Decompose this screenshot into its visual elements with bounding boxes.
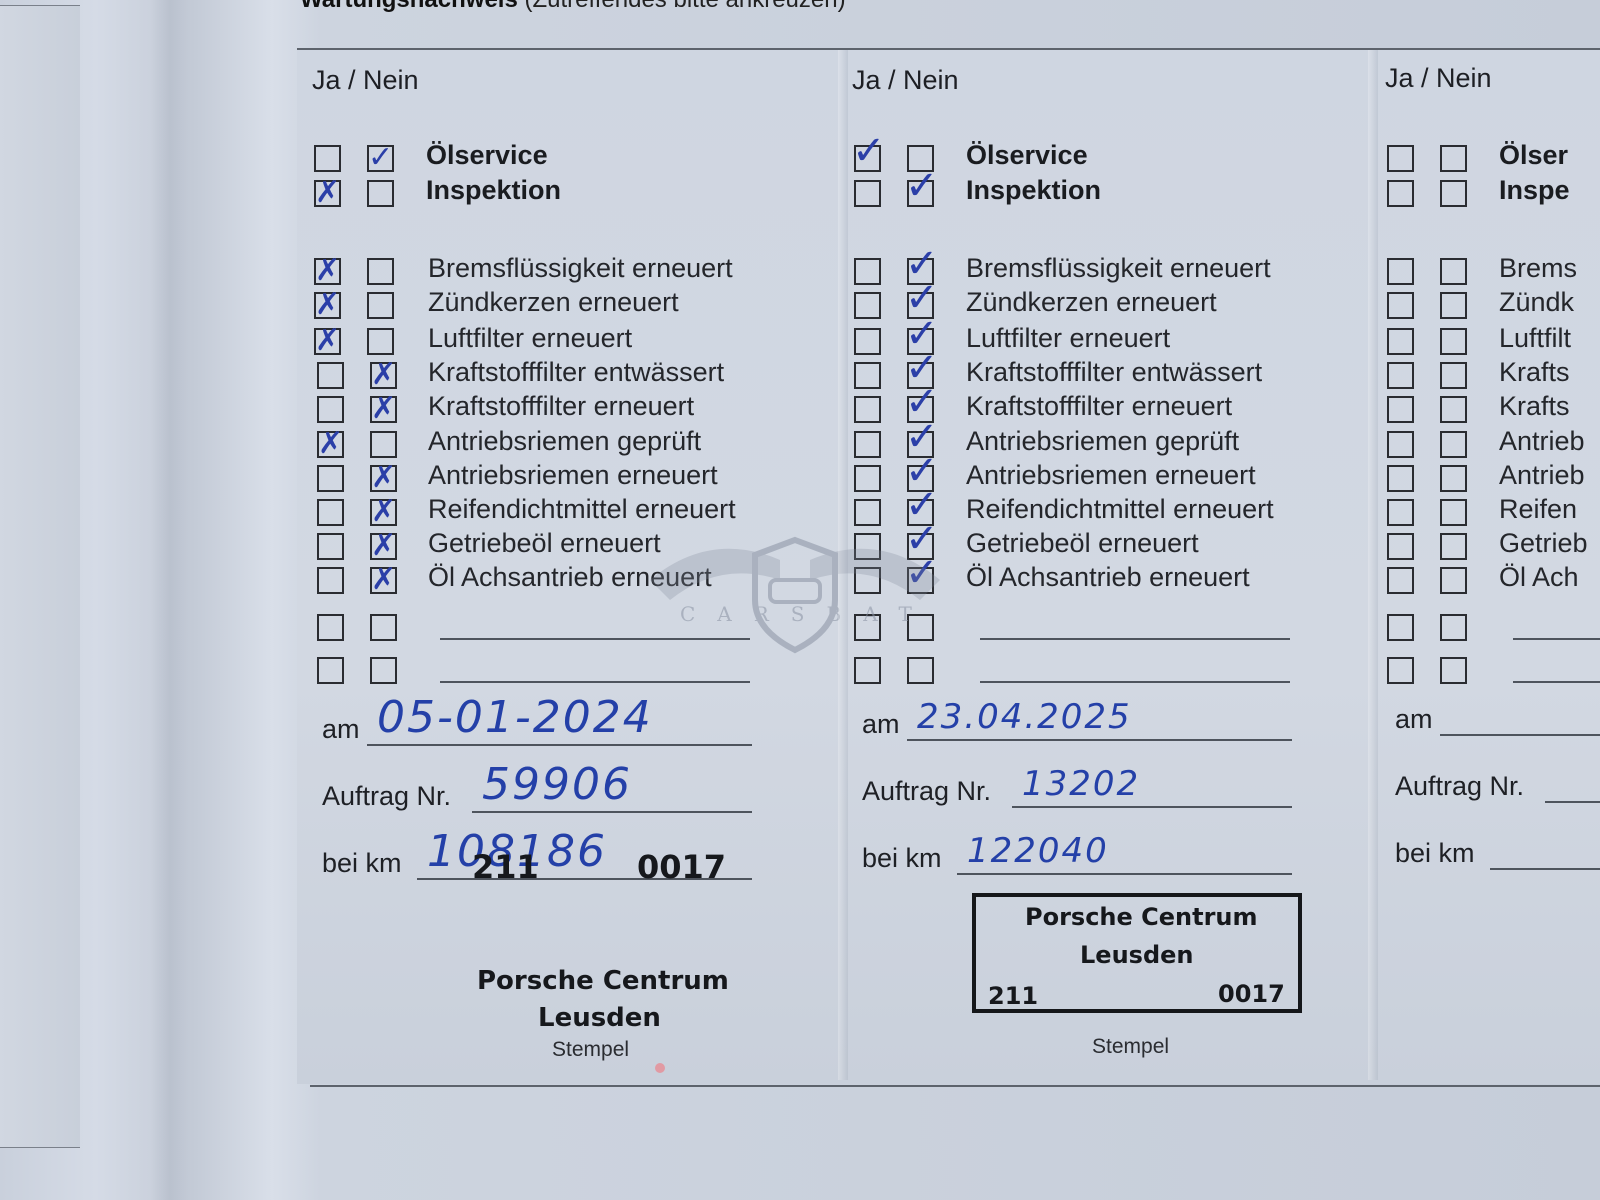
checkbox-nein[interactable] [907, 396, 934, 423]
checkbox-nein[interactable] [1440, 180, 1467, 207]
checkbox-nein[interactable] [1440, 396, 1467, 423]
stamp-code-left: 211 [988, 982, 1038, 1010]
checkbox-ja[interactable] [1387, 180, 1414, 207]
checkbox-ja[interactable] [314, 328, 341, 355]
checkbox-nein[interactable] [1440, 614, 1467, 641]
checkbox-ja[interactable] [1387, 431, 1414, 458]
order-number-field-handwritten-value: 13202 [1022, 764, 1140, 804]
mileage-field-label: bei km [862, 843, 942, 874]
checklist-label: Brems [1499, 253, 1577, 284]
date-field-handwritten-value: 05-01-2024 [377, 692, 653, 743]
checkbox-ja[interactable] [317, 431, 344, 458]
checkbox-nein[interactable] [1440, 258, 1467, 285]
stamp-dealer-location: Leusden [538, 1003, 661, 1033]
order-number-field-label: Auftrag Nr. [1395, 771, 1524, 802]
checkbox-nein[interactable] [907, 431, 934, 458]
checklist-label: Reifendichtmittel erneuert [966, 494, 1274, 525]
checklist-label: Ölservice [966, 140, 1088, 171]
form-bottom-rule [310, 1085, 1600, 1087]
checklist-label: Öl Achsantrieb erneuert [428, 562, 712, 593]
checkbox-nein[interactable] [370, 567, 397, 594]
checklist-label: Kraftstofffilter erneuert [966, 391, 1232, 422]
checkbox-ja[interactable] [317, 362, 344, 389]
checklist-label: Krafts [1499, 357, 1570, 388]
stamp-dealer-name: Porsche Centrum [477, 966, 729, 996]
stamp-dealer-location: Leusden [1080, 941, 1193, 969]
yes-no-header: Ja / Nein [1385, 63, 1492, 94]
checkbox-nein[interactable] [907, 258, 934, 285]
column-divider [1368, 50, 1378, 1080]
checkbox-ja[interactable] [854, 258, 881, 285]
checklist-label: Kraftstofffilter entwässert [966, 357, 1262, 388]
checkbox-nein[interactable] [1440, 431, 1467, 458]
mileage-field-label: bei km [1395, 838, 1475, 869]
checkbox-nein[interactable] [907, 614, 934, 641]
checklist-label: Antriebsriemen erneuert [428, 460, 718, 491]
checkbox-nein[interactable] [367, 180, 394, 207]
checkbox-ja[interactable] [317, 499, 344, 526]
date-field-label: am [1395, 704, 1433, 735]
checklist-label: Getriebeöl erneuert [428, 528, 661, 559]
checkbox-ja[interactable] [854, 533, 881, 560]
checklist-label: Bremsflüssigkeit erneuert [428, 253, 733, 284]
checkbox-nein[interactable] [367, 328, 394, 355]
checkbox-ja[interactable] [317, 465, 344, 492]
checkbox-nein[interactable] [367, 258, 394, 285]
date-field-line[interactable] [907, 739, 1292, 741]
checkbox-ja[interactable] [854, 362, 881, 389]
checkbox-ja[interactable] [854, 180, 881, 207]
checkbox-ja[interactable] [1387, 657, 1414, 684]
checkbox-nein[interactable] [907, 499, 934, 526]
checklist-label: Inspe [1499, 175, 1570, 206]
stamp-caption: Stempel [1092, 1035, 1169, 1059]
checklist-label: Antriebsriemen erneuert [966, 460, 1256, 491]
mileage-field-line[interactable] [957, 873, 1292, 875]
checkbox-nein[interactable] [907, 145, 934, 172]
blank-entry-line[interactable] [440, 681, 750, 683]
checklist-label: Antriebsriemen geprüft [966, 426, 1239, 457]
checklist-label: Ölservice [426, 140, 548, 171]
checkbox-ja[interactable] [854, 145, 881, 172]
checkbox-ja[interactable] [317, 657, 344, 684]
date-field-label: am [322, 714, 360, 745]
checkbox-ja[interactable] [1387, 396, 1414, 423]
checklist-label: Inspektion [966, 175, 1101, 206]
checkbox-ja[interactable] [1387, 499, 1414, 526]
yes-no-header: Ja / Nein [312, 65, 419, 96]
checkbox-nein[interactable] [370, 362, 397, 389]
checkbox-nein[interactable] [907, 328, 934, 355]
checklist-label: Reifen [1499, 494, 1577, 525]
form-title-note: (Zutreffendes bitte ankreuzen) [525, 0, 846, 13]
checkbox-nein[interactable] [1440, 465, 1467, 492]
checkbox-nein[interactable] [370, 396, 397, 423]
left-page-edge [0, 5, 80, 1148]
checklist-label: Kraftstofffilter entwässert [428, 357, 724, 388]
column-divider [838, 50, 848, 1080]
checklist-label: Zündk [1499, 287, 1574, 318]
checkbox-ja[interactable] [854, 465, 881, 492]
date-field-line[interactable] [1440, 734, 1600, 736]
checkbox-nein[interactable] [370, 533, 397, 560]
order-number-field-label: Auftrag Nr. [862, 776, 991, 807]
checkbox-nein[interactable] [370, 431, 397, 458]
checkbox-ja[interactable] [1387, 292, 1414, 319]
checkbox-ja[interactable] [854, 657, 881, 684]
checkbox-ja[interactable] [1387, 465, 1414, 492]
checkbox-nein[interactable] [367, 292, 394, 319]
checkbox-ja[interactable] [1387, 533, 1414, 560]
checkbox-ja[interactable] [854, 396, 881, 423]
date-field-handwritten-value: 23.04.2025 [917, 697, 1132, 737]
checkbox-nein[interactable] [1440, 533, 1467, 560]
order-number-field-line[interactable] [1012, 806, 1292, 808]
checklist-label: Luftfilter erneuert [428, 323, 632, 354]
checkbox-nein[interactable] [1440, 362, 1467, 389]
stamp-dealer-name: Porsche Centrum [1025, 903, 1258, 931]
checklist-label: Öl Achsantrieb erneuert [966, 562, 1250, 593]
checkbox-ja[interactable] [314, 145, 341, 172]
checkbox-nein[interactable] [907, 362, 934, 389]
checkbox-nein[interactable] [1440, 567, 1467, 594]
checkbox-ja[interactable] [854, 292, 881, 319]
mileage-field-label: bei km [322, 848, 402, 879]
checklist-label: Luftfilter erneuert [966, 323, 1170, 354]
checkbox-nein[interactable] [907, 180, 934, 207]
checklist-label: Krafts [1499, 391, 1570, 422]
order-number-field-line[interactable] [1545, 801, 1600, 803]
checkbox-nein[interactable] [367, 145, 394, 172]
checkbox-nein[interactable] [1440, 292, 1467, 319]
checkbox-ja[interactable] [314, 258, 341, 285]
stamp-caption: Stempel [552, 1038, 629, 1062]
stamp-code-right: 0017 [1218, 980, 1285, 1008]
checkbox-nein[interactable] [907, 465, 934, 492]
checkbox-ja[interactable] [1387, 328, 1414, 355]
order-number-field-line[interactable] [472, 811, 752, 813]
red-dot [655, 1063, 665, 1073]
checkbox-ja[interactable] [1387, 258, 1414, 285]
checkbox-ja[interactable] [1387, 614, 1414, 641]
checkbox-ja[interactable] [317, 567, 344, 594]
checkbox-ja[interactable] [854, 567, 881, 594]
checkbox-nein[interactable] [907, 657, 934, 684]
blank-entry-line[interactable] [980, 681, 1290, 683]
order-number-field-handwritten-value: 59906 [482, 759, 632, 810]
checklist-label: Getriebeöl erneuert [966, 528, 1199, 559]
stamp-code-right: 0017 [637, 848, 726, 886]
checkbox-nein[interactable] [907, 567, 934, 594]
checklist-label: Antriebsriemen geprüft [428, 426, 701, 457]
form-title: Wartungsnachweis (Zutreffendes bitte ank… [300, 0, 846, 14]
checkbox-nein[interactable] [907, 533, 934, 560]
checkbox-nein[interactable] [1440, 657, 1467, 684]
checkbox-ja[interactable] [1387, 145, 1414, 172]
checkbox-nein[interactable] [1440, 328, 1467, 355]
checkbox-nein[interactable] [1440, 499, 1467, 526]
checkbox-ja[interactable] [854, 431, 881, 458]
checkbox-nein[interactable] [1440, 145, 1467, 172]
checkbox-nein[interactable] [370, 657, 397, 684]
stamp-code-left: 211 [472, 848, 539, 886]
checkbox-ja[interactable] [854, 499, 881, 526]
checkbox-ja[interactable] [1387, 567, 1414, 594]
checklist-label: Reifendichtmittel erneuert [428, 494, 736, 525]
checkbox-ja[interactable] [314, 292, 341, 319]
checkbox-ja[interactable] [1387, 362, 1414, 389]
date-field-line[interactable] [367, 744, 752, 746]
checklist-label: Getrieb [1499, 528, 1588, 559]
blank-entry-line[interactable] [1513, 681, 1600, 683]
checklist-label: Bremsflüssigkeit erneuert [966, 253, 1271, 284]
checklist-label: Zündkerzen erneuert [966, 287, 1217, 318]
checklist-label: Ölser [1499, 140, 1568, 171]
checklist-label: Zündkerzen erneuert [428, 287, 679, 318]
checklist-label: Kraftstofffilter erneuert [428, 391, 694, 422]
checklist-label: Öl Ach [1499, 562, 1579, 593]
checkbox-ja[interactable] [854, 614, 881, 641]
checkbox-nein[interactable] [370, 614, 397, 641]
checkbox-nein[interactable] [907, 292, 934, 319]
blank-entry-line[interactable] [980, 638, 1290, 640]
checklist-label: Inspektion [426, 175, 561, 206]
yes-no-header: Ja / Nein [852, 65, 959, 96]
checkbox-ja[interactable] [854, 328, 881, 355]
checkbox-ja[interactable] [317, 614, 344, 641]
form-title-bold: Wartungsnachweis [300, 0, 518, 13]
checklist-label: Luftfilt [1499, 323, 1571, 354]
blank-entry-line[interactable] [1513, 638, 1600, 640]
checkbox-ja[interactable] [314, 180, 341, 207]
page-fold-shadow [150, 0, 190, 1200]
checklist-label: Antrieb [1499, 426, 1585, 457]
checkbox-nein[interactable] [370, 465, 397, 492]
checklist-label: Antrieb [1499, 460, 1585, 491]
checkbox-ja[interactable] [317, 396, 344, 423]
date-field-label: am [862, 709, 900, 740]
checkbox-ja[interactable] [317, 533, 344, 560]
checkbox-nein[interactable] [370, 499, 397, 526]
blank-entry-line[interactable] [440, 638, 750, 640]
mileage-field-handwritten-value: 122040 [967, 831, 1109, 871]
order-number-field-label: Auftrag Nr. [322, 781, 451, 812]
mileage-field-line[interactable] [1490, 868, 1600, 870]
